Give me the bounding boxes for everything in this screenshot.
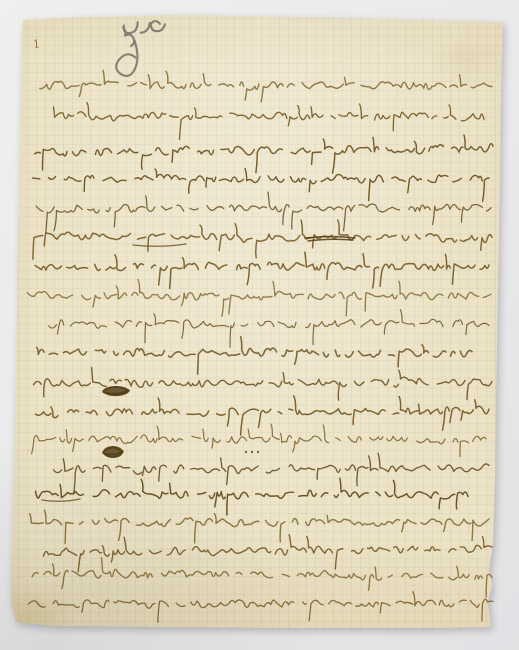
handwriting-line [34, 368, 493, 401]
underline-mark [42, 499, 80, 501]
strikethrough-mark [305, 237, 355, 242]
handwriting-line [28, 592, 493, 623]
handwriting-line [35, 337, 472, 374]
handwriting-line [49, 310, 490, 348]
handwriting-line [35, 252, 489, 288]
handwriting-line [35, 135, 493, 173]
handwriting-line [36, 478, 469, 515]
handwriting-line [53, 103, 484, 140]
pencil-annotation [112, 19, 170, 77]
handwriting-line [40, 70, 492, 102]
handwriting-line [35, 396, 489, 435]
handwriting-line [27, 280, 491, 317]
handwriting-line [32, 220, 492, 259]
handwriting-line [33, 169, 489, 202]
ellipsis-dot [257, 451, 259, 453]
ellipsis-dot [251, 451, 253, 453]
photo-of-manuscript: 1 [0, 0, 519, 650]
handwriting-line [54, 453, 490, 494]
handwriting-line [32, 558, 492, 597]
handwriting-line [36, 192, 491, 232]
handwriting-layer [0, 0, 519, 650]
underline-mark [133, 244, 186, 246]
ellipsis-dot [245, 451, 247, 453]
handwriting-line [43, 535, 492, 572]
handwriting-line [28, 510, 489, 543]
